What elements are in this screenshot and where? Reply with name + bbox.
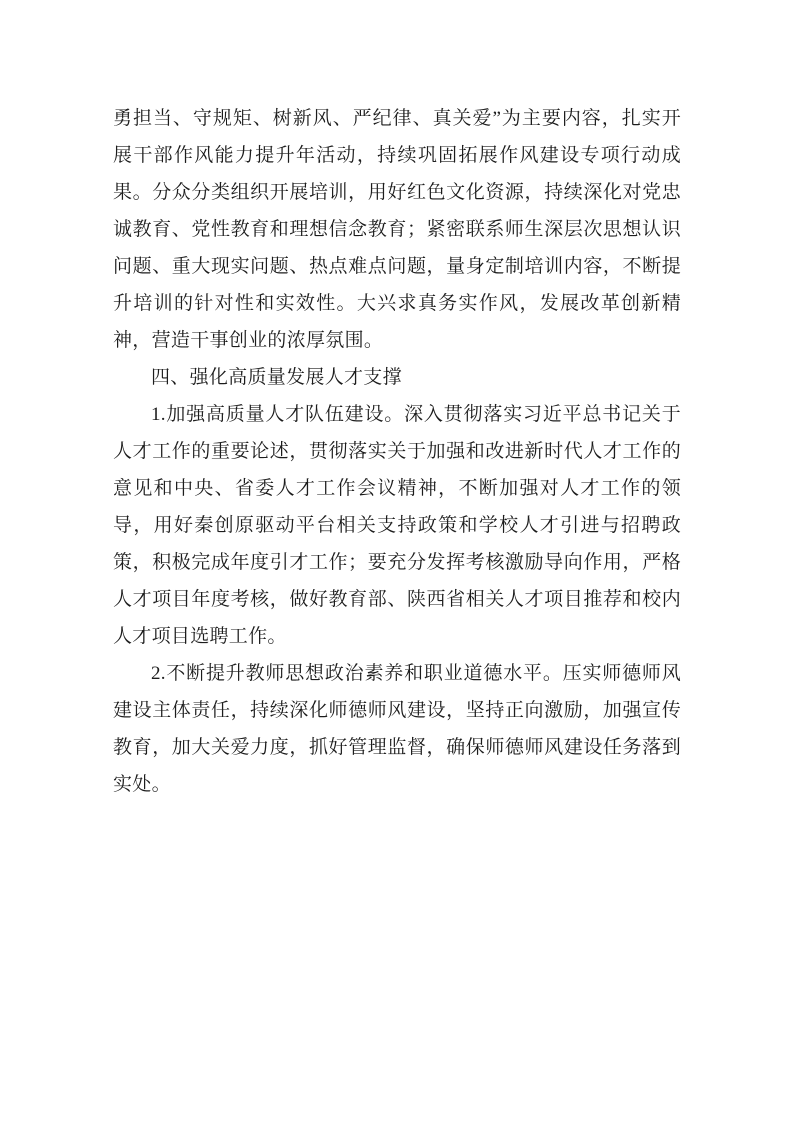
paragraph-continuation: 勇担当、守规矩、树新风、严纪律、真关爱”为主要内容，扎实开展干部作风能力提升年活… — [113, 100, 681, 359]
paragraph-item-2: 2.不断提升教师思想政治素养和职业道德水平。压实师德师风建设主体责任，持续深化师… — [113, 655, 681, 803]
document-body: 勇担当、守规矩、树新风、严纪律、真关爱”为主要内容，扎实开展干部作风能力提升年活… — [113, 100, 681, 803]
paragraph-item-1: 1.加强高质量人才队伍建设。深入贯彻落实习近平总书记关于人才工作的重要论述，贯彻… — [113, 396, 681, 655]
section-heading: 四、强化高质量发展人才支撑 — [113, 359, 681, 396]
document-page: 勇担当、守规矩、树新风、严纪律、真关爱”为主要内容，扎实开展干部作风能力提升年活… — [0, 0, 793, 1122]
